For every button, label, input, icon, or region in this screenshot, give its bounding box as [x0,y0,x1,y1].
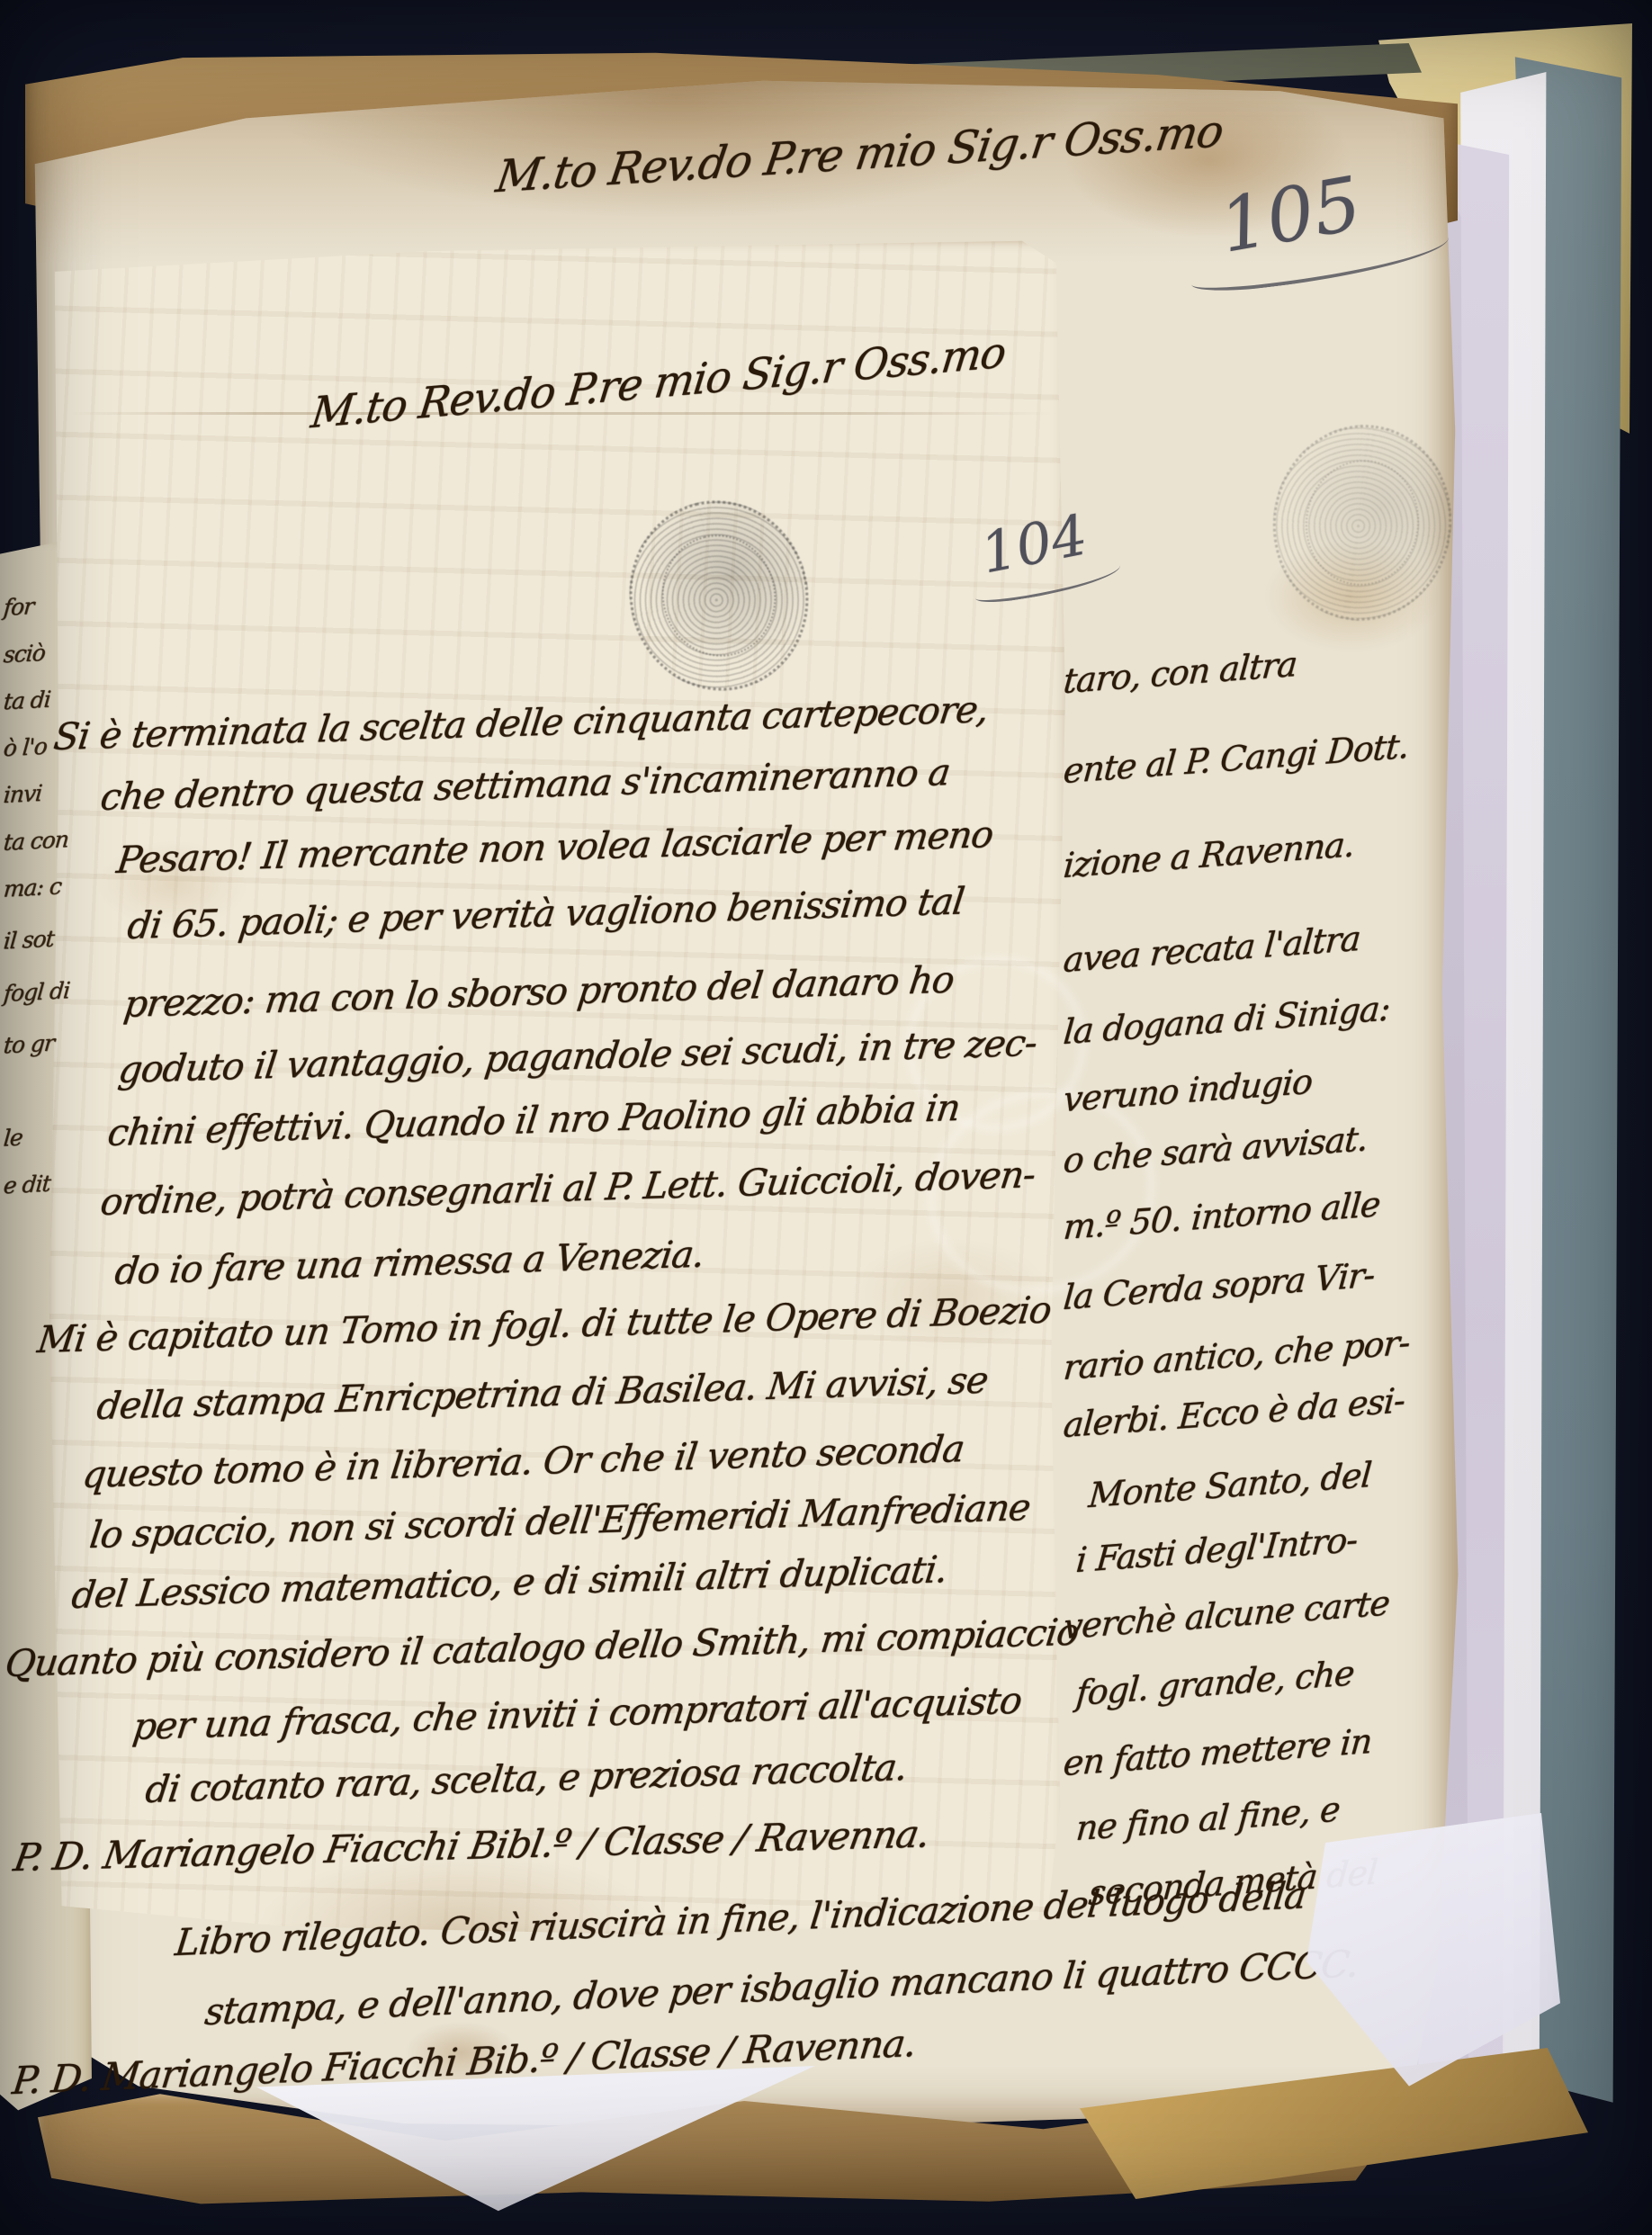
left-edge-fragment: il sot [3,925,55,954]
left-edge-fragment: le [3,1124,23,1151]
left-edge-fragment: fogl di [3,977,71,1007]
left-edge-fragment: e dit [3,1171,51,1199]
left-edge-fragment: ta di [3,687,51,715]
manuscript-photograph: M.to Rev.do P.re mio Sig.r Oss.mo M.to R… [0,0,1652,2235]
left-edge-fragment: to gr [3,1029,55,1058]
left-edge-fragment: ma: c [3,873,62,902]
left-edge-fragment: ta con [3,826,70,856]
left-edge-fragment: ò l'o [3,733,48,762]
left-edge-fragment: for [3,593,35,621]
left-edge-fragment: sciò [3,640,46,669]
left-edge-fragment: invi [3,780,43,808]
